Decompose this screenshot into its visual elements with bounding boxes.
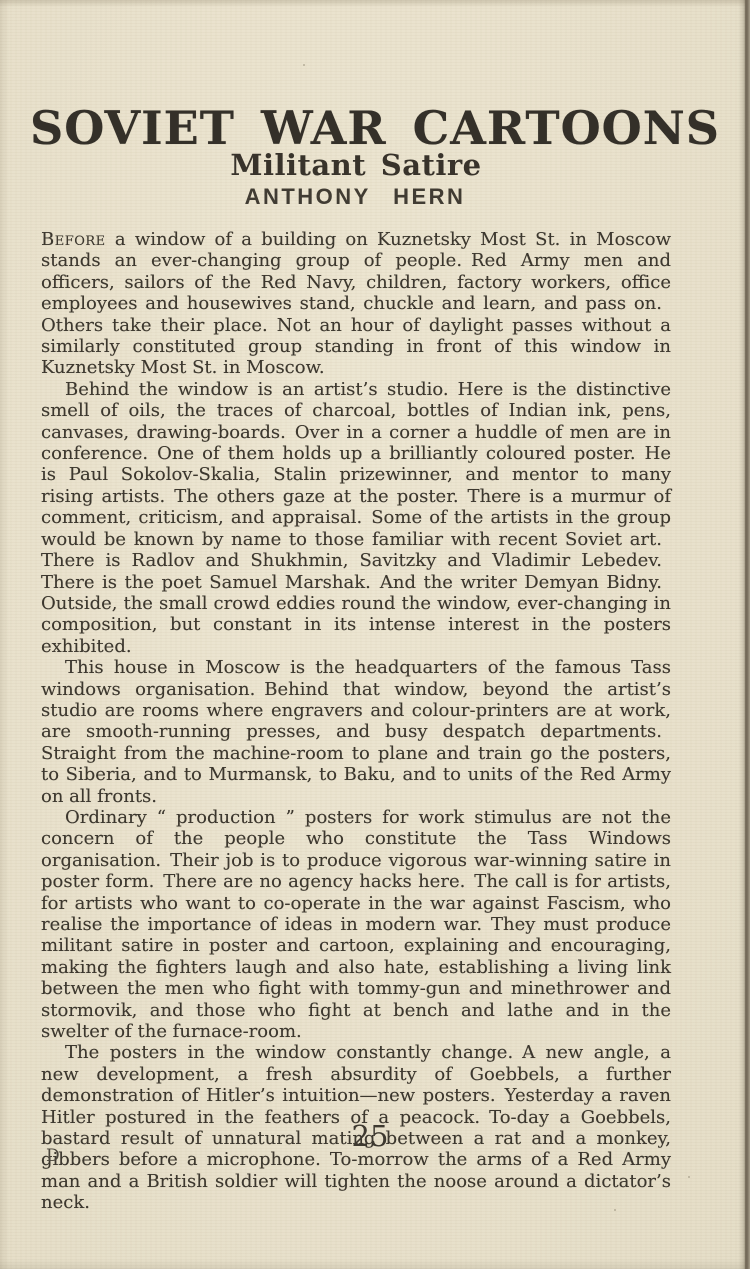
paper-speck [508,444,510,446]
body-paragraph-4: Ordinary “ production ” posters for work… [41,807,671,1042]
article-body: Before a window of a building on Kuznets… [41,229,671,1214]
page-subtitle: Militant Satire [0,150,731,180]
page-number: 25 [0,1120,740,1152]
paper-speck [614,1209,616,1211]
body-paragraph-2: Behind the window is an artist’s studio.… [41,379,671,657]
paragraph-text: a window of a building on Kuznetsky Most… [41,229,671,378]
printer-signature: D [46,1147,60,1165]
page-title: SOVIET WAR CARTOONS [0,105,750,151]
author-name: ANTHONY HERN [0,185,730,209]
paper-speck [688,1176,690,1178]
body-paragraph-3: This house in Moscow is the headquarters… [41,657,671,807]
page-edge-shadow [738,0,750,1269]
paper-speck [303,64,305,66]
body-paragraph-1: Before a window of a building on Kuznets… [41,229,671,379]
paragraph-lead-word: Before [41,229,106,250]
scanned-book-page: SOVIET WAR CARTOONS Militant Satire ANTH… [0,0,750,1269]
